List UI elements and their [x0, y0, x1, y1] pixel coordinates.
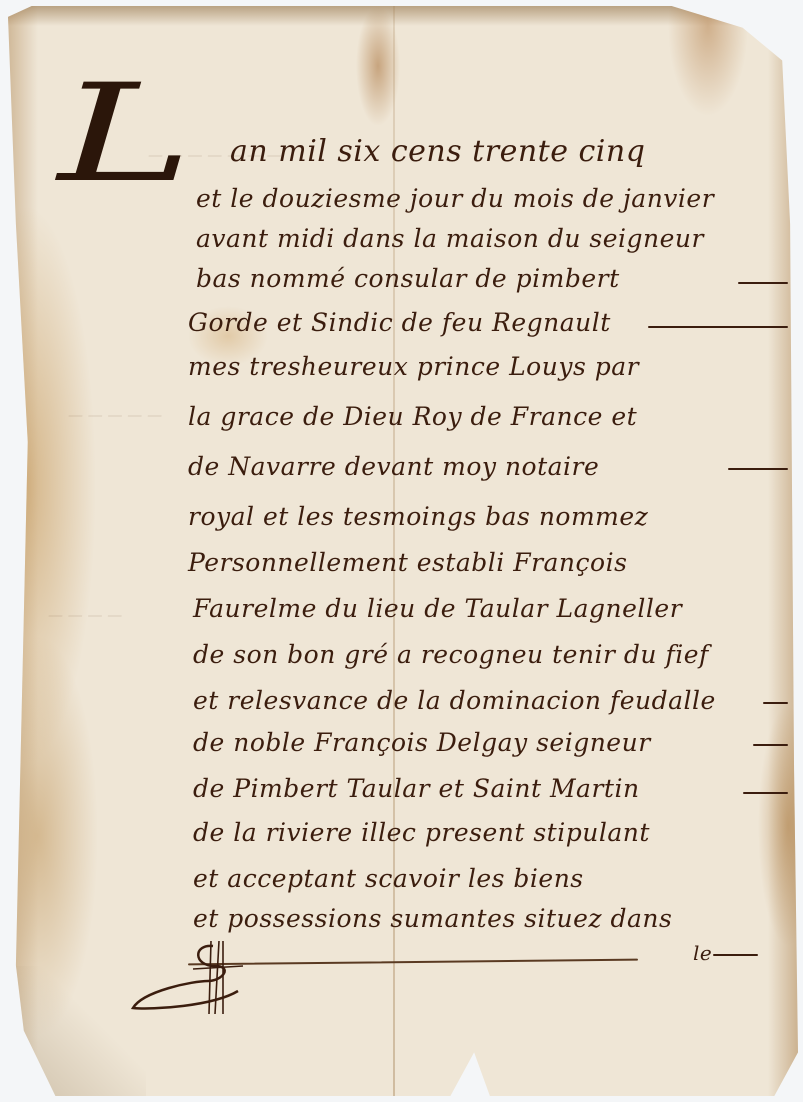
bleed-through-text: — — — — — [48, 606, 122, 624]
bleed-through-text: — — — — — — [68, 406, 162, 424]
line-filler-stroke — [648, 326, 788, 328]
manuscript-line-11: Faurelme du lieu de Taular Lagneller — [193, 594, 682, 623]
line-filler-stroke — [753, 744, 788, 746]
manuscript-line-15: de Pimbert Taular et Saint Martin — [193, 774, 640, 803]
manuscript-line-14: de noble François Delgay seigneur — [193, 728, 651, 757]
manuscript-line-18: et possessions sumantes situez dans — [193, 904, 672, 933]
catchword: le — [693, 941, 712, 965]
manuscript-line-8: de Navarre devant moy notaire — [188, 452, 599, 481]
manuscript-line-7: la grace de Dieu Roy de France et — [188, 402, 637, 431]
manuscript-line-3: avant midi dans la maison du seigneur — [196, 224, 704, 253]
manuscript-line-1: an mil six cens trente cinq — [230, 134, 645, 169]
line-filler-stroke — [763, 702, 788, 704]
manuscript-line-16: de la riviere illec present stipulant — [193, 818, 650, 847]
manuscript-line-2: et le douziesme jour du mois de janvier — [196, 184, 714, 213]
notary-signature-paraph — [123, 936, 273, 1016]
line-filler-stroke — [738, 282, 788, 284]
line-filler-stroke — [728, 468, 788, 470]
manuscript-line-5: Gorde et Sindic de feu Regnault — [188, 308, 611, 337]
decorated-initial-letter: L — [58, 66, 192, 201]
catchword-stroke — [713, 954, 758, 956]
manuscript-line-12: de son bon gré a recogneu tenir du fief — [193, 640, 709, 669]
manuscript-line-17: et acceptant scavoir les biens — [193, 864, 584, 893]
manuscript-line-4: bas nommé consular de pimbert — [196, 264, 620, 293]
manuscript-line-13: et relesvance de la dominacion feudalle — [193, 686, 716, 715]
manuscript-line-9: royal et les tesmoings bas nommez — [188, 502, 648, 531]
manuscript-line-6: mes tresheureux prince Louys par — [188, 352, 639, 381]
line-filler-stroke — [743, 792, 788, 794]
manuscript-page: — — — — — — — — — — — — — — — — L an mil… — [8, 6, 798, 1096]
manuscript-line-10: Personnellement establi François — [188, 548, 627, 577]
